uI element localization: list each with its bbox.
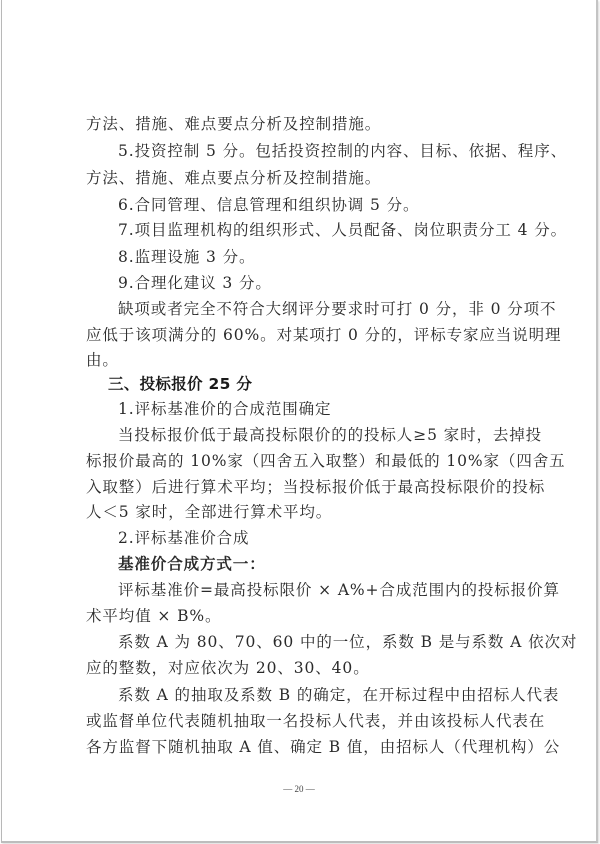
text-line: 各方监督下随机抽取 A 值、确定 B 值，由招标人（代理机构）公 xyxy=(86,737,528,757)
text-line: 术平均值 × B%。 xyxy=(86,606,528,626)
text-line: 6.合同管理、信息管理和组织协调 5 分。 xyxy=(118,195,528,215)
text-line: 缺项或者完全不符合大纲评分要求时可打 0 分，非 0 分项不 xyxy=(118,299,528,319)
text-line: 标报价最高的 10%家（四舍五入取整）和最低的 10%家（四舍五 xyxy=(86,451,528,471)
text-line: 8.监理设施 3 分。 xyxy=(118,247,528,267)
text-line: 9.合理化建议 3 分。 xyxy=(118,273,528,293)
text-line: 人＜5 家时，全部进行算术平均。 xyxy=(86,502,528,522)
text-line: 7.项目监理机构的组织形式、人员配备、岗位职责分工 4 分。 xyxy=(118,220,528,240)
text-line: 当投标报价低于最高投标限价的的投标人≥5 家时，去掉投 xyxy=(118,425,528,445)
text-line: 由。 xyxy=(86,350,528,370)
text-line: 方法、措施、难点要点分析及控制措施。 xyxy=(86,168,528,188)
text-line: 评标基准价=最高投标限价 × A%+合成范围内的投标报价算 xyxy=(118,580,528,600)
text-line: 2.评标基准价合成 xyxy=(118,528,528,548)
page-number: — 20 — xyxy=(2,784,596,794)
text-line: 应的整数，对应依次为 20、30、40。 xyxy=(86,658,528,678)
text-line: 入取整）后进行算术平均；当投标报价低于最高投标限价的投标 xyxy=(86,477,528,497)
text-line: 方法、措施、难点要点分析及控制措施。 xyxy=(86,114,528,134)
text-line: 或监督单位代表随机抽取一名投标人代表，并由该投标人代表在 xyxy=(86,711,528,731)
text-line: 5.投资控制 5 分。包括投资控制的内容、目标、依据、程序、 xyxy=(118,141,528,161)
text-line: 系数 A 的抽取及系数 B 的确定，在开标过程中由招标人代表 xyxy=(118,685,528,705)
text-line: 基准价合成方式一： xyxy=(118,554,528,574)
text-line: 1.评标基准价的合成范围确定 xyxy=(118,399,528,419)
text-line: 系数 A 为 80、70、60 中的一位，系数 B 是与系数 A 依次对 xyxy=(118,632,528,652)
text-line: 应低于该项满分的 60%。对某项打 0 分的，评标专家应当说明理 xyxy=(86,325,528,345)
document-page: 方法、措施、难点要点分析及控制措施。5.投资控制 5 分。包括投资控制的内容、目… xyxy=(1,0,598,843)
section-heading: 三、投标报价 25 分 xyxy=(108,374,550,394)
